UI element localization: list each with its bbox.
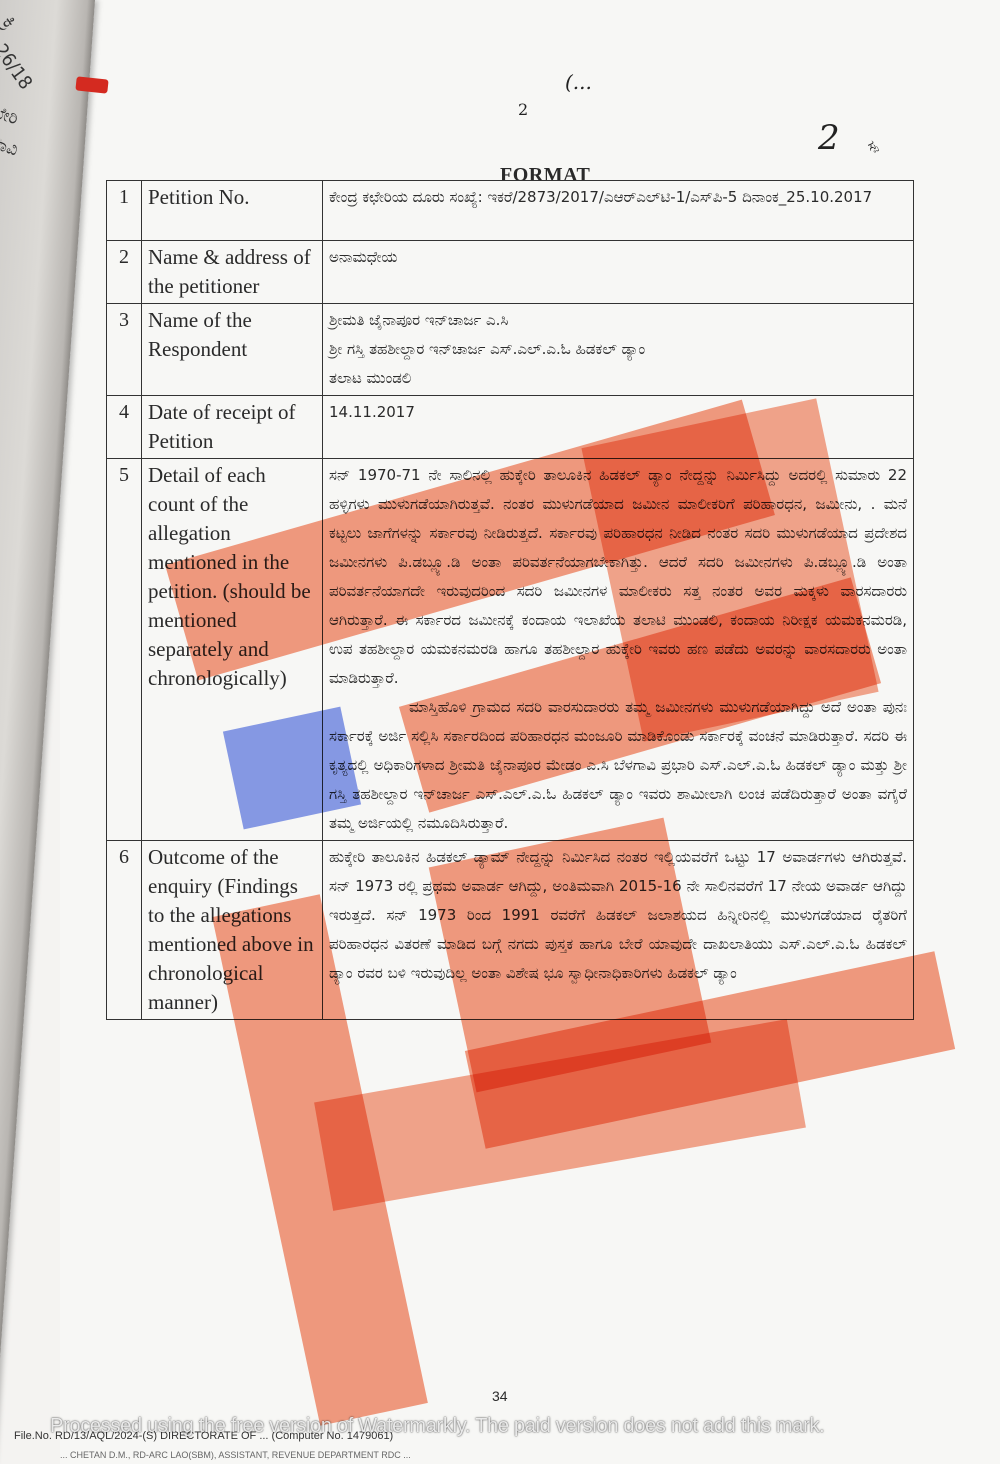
row-label: Detail of each count of the allegation m… — [142, 459, 323, 841]
row-content: ಹುಕ್ಕೇರಿ ತಾಲೂಕಿನ ಹಿಡಕಲ್ ಡ್ಯಾಮ್ ನೇದ್ದನ್ನು… — [323, 841, 914, 1020]
table-row: 3Name of the Respondentಶ್ರೀಮತಿ ಜೈನಾಪೂರ ಇ… — [107, 304, 914, 396]
binder-note: ಾವಿ — [0, 132, 21, 160]
row-number: 1 — [107, 181, 142, 241]
content-paragraph: ಮಾಸ್ತಿಹೊಳಿ ಗ್ರಾಮದ ಸದರಿ ವಾರಸುದಾರರು ತಮ್ಮ ಜ… — [329, 693, 907, 838]
content-paragraph: ತಲಾಟ ಮುಂಡಲಿ — [329, 364, 907, 393]
content-paragraph: ಕೇಂದ್ರ ಕಛೇರಿಯ ದೂರು ಸಂಖ್ಯೆ: ಇಕರೆ/2873/201… — [329, 183, 907, 212]
row-number: 4 — [107, 396, 142, 459]
content-paragraph: ಶ್ರೀ ಗಸ್ತಿ ತಹಶೀಲ್ದಾರ ಇನ್‌ಚಾರ್ಜ ಎಸ್.ಎಲ್.ಎ… — [329, 335, 907, 364]
watermark-text: Processed using the free version of Wate… — [50, 1415, 824, 1438]
file-reference-secondary: ... CHETAN D.M., RD-ARC LAO(SBM), ASSIST… — [60, 1450, 411, 1460]
table-row: 4Date of receipt of Petition14.11.2017 — [107, 396, 914, 459]
content-paragraph: ಹುಕ್ಕೇರಿ ತಾಲೂಕಿನ ಹಿಡಕಲ್ ಡ್ಯಾಮ್ ನೇದ್ದನ್ನು… — [329, 843, 907, 988]
binder-note: 26/18 — [0, 40, 36, 94]
row-content: ಶ್ರೀಮತಿ ಜೈನಾಪೂರ ಇನ್‌ಚಾರ್ಜ ಎ.ಸಿಶ್ರೀ ಗಸ್ತಿ… — [323, 304, 914, 396]
row-number: 3 — [107, 304, 142, 396]
page-number: 34 — [492, 1388, 508, 1404]
table-row: 6Outcome of the enquiry (Findings to the… — [107, 841, 914, 1020]
binder-note: ಕ್ರಿ — [0, 10, 23, 33]
handwritten-mark: (... — [565, 70, 592, 94]
row-label: Name & address of the petitioner — [142, 241, 323, 304]
row-number: 6 — [107, 841, 142, 1020]
row-content: ಸನ್ 1970-71 ನೇ ಸಾಲಿನಲ್ಲಿ ಹುಕ್ಕೇರಿ ತಾಲೂಕಿ… — [323, 459, 914, 841]
row-content: ಅನಾಮಧೇಯ — [323, 241, 914, 304]
binder-note: ಭೇರಿ — [0, 102, 21, 129]
content-paragraph: ಅನಾಮಧೇಯ — [329, 243, 907, 272]
handwritten-page-mark: 2 — [518, 100, 528, 119]
row-label: Petition No. — [142, 181, 323, 241]
handwritten-number: 2 — [818, 118, 840, 158]
table-row: 2Name & address of the petitionerಅನಾಮಧೇಯ — [107, 241, 914, 304]
row-label: Date of receipt of Petition — [142, 396, 323, 459]
table-row: 5Detail of each count of the allegation … — [107, 459, 914, 841]
content-paragraph: 14.11.2017 — [329, 398, 907, 427]
row-label: Name of the Respondent — [142, 304, 323, 396]
row-number: 2 — [107, 241, 142, 304]
table-row: 1Petition No.ಕೇಂದ್ರ ಕಛೇರಿಯ ದೂರು ಸಂಖ್ಯೆ: … — [107, 181, 914, 241]
row-label: Outcome of the enquiry (Findings to the … — [142, 841, 323, 1020]
content-paragraph: ಸನ್ 1970-71 ನೇ ಸಾಲಿನಲ್ಲಿ ಹುಕ್ಕೇರಿ ತಾಲೂಕಿ… — [329, 461, 907, 693]
format-table: 1Petition No.ಕೇಂದ್ರ ಕಛೇರಿಯ ದೂರು ಸಂಖ್ಯೆ: … — [106, 180, 914, 1020]
row-number: 5 — [107, 459, 142, 841]
row-content: 14.11.2017 — [323, 396, 914, 459]
row-content: ಕೇಂದ್ರ ಕಛೇರಿಯ ದೂರು ಸಂಖ್ಯೆ: ಇಕರೆ/2873/201… — [323, 181, 914, 241]
content-paragraph: ಶ್ರೀಮತಿ ಜೈನಾಪೂರ ಇನ್‌ಚಾರ್ಜ ಎ.ಸಿ — [329, 306, 907, 335]
